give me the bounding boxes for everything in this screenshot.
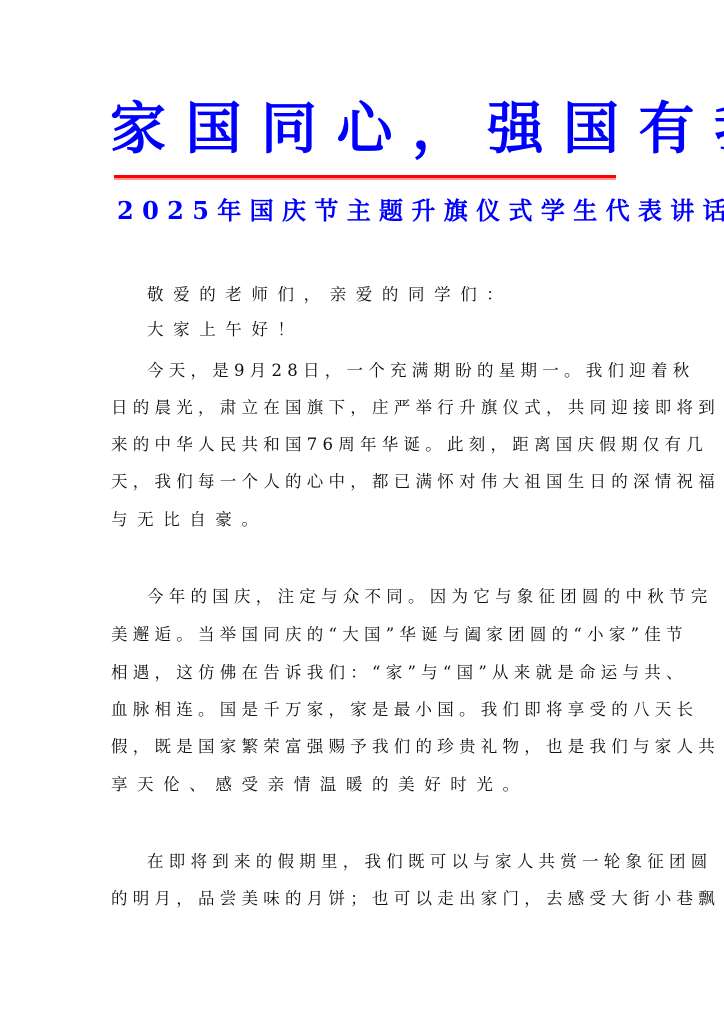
glyph: 与 (495, 587, 512, 606)
glyph: 我 (586, 361, 603, 380)
glyph: 团 (560, 587, 577, 606)
glyph: 是 (568, 737, 585, 756)
glyph: 、 (666, 663, 683, 682)
glyph: 连 (176, 700, 193, 719)
glyph: 当 (198, 625, 215, 644)
glyph: 轮 (604, 852, 621, 871)
glyph: 生 (568, 472, 585, 491)
glyph: 征 (647, 852, 664, 871)
glyph: 完 (691, 587, 708, 606)
glyph: 来 (514, 663, 531, 682)
glyph: 我 (365, 852, 382, 871)
glyph: 的 (256, 852, 273, 871)
glyph: 强 (307, 737, 324, 756)
glyph: 到 (698, 398, 715, 417)
glyph: 家 (495, 852, 512, 871)
glyph: 节 (314, 196, 338, 225)
glyph: 。 (564, 361, 581, 380)
glyph: 仿 (198, 663, 215, 682)
glyph: 们 (386, 852, 403, 871)
glyph: 圆 (530, 625, 547, 644)
glyph: 满 (412, 361, 429, 380)
glyph: 国 (242, 625, 259, 644)
glyph: 也 (372, 889, 389, 908)
glyph: 星 (499, 361, 516, 380)
glyph: 到 (212, 852, 229, 871)
glyph: ， (524, 737, 541, 756)
glyph: 万 (285, 700, 302, 719)
glyph: 年 (169, 587, 186, 606)
glyph: 圆 (582, 587, 599, 606)
glyph: ， (329, 700, 346, 719)
glyph: 讲 (670, 196, 694, 225)
glyph: 家 (655, 737, 672, 756)
glyph: 强 (488, 96, 544, 162)
glyph: 旗 (444, 196, 468, 225)
glyph: 是 (557, 663, 574, 682)
glyph: 飘 (698, 889, 715, 908)
glyph: 巷 (677, 889, 694, 908)
glyph: 告 (263, 663, 280, 682)
glyph: 国 (437, 700, 454, 719)
paragraph-1-line-1: 今 天 ， 是 9 月 2 8 日 ， 一 个 充 满 期 盼 的 星 期 一 … (147, 357, 612, 385)
glyph: 。 (176, 625, 193, 644)
glyph: 严 (394, 398, 411, 417)
glyph: 命 (579, 663, 596, 682)
glyph: 日 (111, 398, 128, 417)
glyph: 国 (546, 472, 563, 491)
glyph: 家 (609, 625, 626, 644)
glyph: 式 (508, 196, 532, 225)
glyph: 同 (263, 625, 280, 644)
glyph: 满 (416, 472, 433, 491)
glyph: 家 (307, 700, 324, 719)
glyph: 2 (167, 196, 184, 225)
glyph: 与 (473, 852, 490, 871)
glyph: 天 (169, 361, 186, 380)
glyph: 在 (147, 852, 164, 871)
glyph: 我 (481, 700, 498, 719)
paragraph-2-line-5: 假 ， 既 是 国 家 繁 荣 富 强 赐 予 我 们 的 珍 贵 礼 物 ， … (111, 733, 612, 761)
glyph: 的 (285, 889, 302, 908)
glyph: 明 (133, 889, 150, 908)
glyph: 天 (111, 472, 128, 491)
glyph: 假 (599, 435, 616, 454)
glyph: 贵 (459, 737, 476, 756)
glyph: 家 (386, 663, 403, 682)
glyph: 受 (590, 700, 607, 719)
glyph: 共 (539, 852, 556, 871)
glyph: 与 (421, 663, 438, 682)
glyph: 今 (147, 587, 164, 606)
glyph: ， (546, 398, 563, 417)
glyph: ， (191, 361, 208, 380)
glyph: 期 (299, 852, 316, 871)
glyph: 团 (669, 852, 686, 871)
salutation: 敬爱的老师们，亲爱的同学们： (147, 281, 612, 309)
glyph: 即 (524, 700, 541, 719)
glyph: 相 (111, 663, 128, 682)
glyph: 升 (411, 196, 435, 225)
glyph: 与 (633, 737, 650, 756)
glyph: 秋 (673, 361, 690, 380)
glyph: 与 (443, 625, 460, 644)
glyph: 福 (698, 472, 715, 491)
glyph: 月 (307, 889, 324, 908)
glyph: 美 (111, 625, 128, 644)
glyph: 2 (272, 361, 283, 380)
glyph: 庆 (285, 625, 302, 644)
document-page: 家 国 同 心 ， 强 国 有 我 2 0 2 5 年 国 庆 节 主 题 升 … (0, 0, 724, 1024)
paragraph-1-line-2: 日 的 晨 光 ， 肃 立 在 国 旗 下 ， 庄 严 举 行 升 旗 仪 式 … (111, 394, 612, 422)
glyph: 距 (512, 435, 529, 454)
glyph: 里 (321, 852, 338, 871)
glyph: 学 (541, 196, 565, 225)
glyph: ， (133, 737, 150, 756)
glyph: 国 (364, 625, 381, 644)
glyph: 。 (459, 700, 476, 719)
glyph: 我 (714, 96, 724, 162)
glyph: 是 (372, 700, 389, 719)
glyph: 人 (263, 472, 280, 491)
glyph: 家 (220, 737, 237, 756)
glyph: 假 (278, 852, 295, 871)
glyph: 与 (321, 587, 338, 606)
glyph: 此 (447, 435, 464, 454)
glyph: 诞 (404, 435, 421, 454)
paragraph-2-line-4: 血 脉 相 连 。 国 是 千 万 家 ， 家 是 最 小 国 。 我 们 即 … (111, 696, 612, 724)
glyph: 众 (343, 587, 360, 606)
glyph: 它 (473, 587, 490, 606)
glyph: 可 (430, 852, 447, 871)
paragraph-2-line-3: 相 遇 ， 这 仿 佛 在 告 诉 我 们 ： “ 家 ” 与 “ 国 ” 从 … (111, 659, 612, 687)
glyph: 相 (155, 700, 172, 719)
glyph: 下 (329, 398, 346, 417)
glyph: 假 (111, 737, 128, 756)
glyph: 国 (563, 96, 619, 162)
glyph: ” (407, 663, 415, 682)
glyph: 是 (212, 361, 229, 380)
glyph: 遇 (133, 663, 150, 682)
glyph: 同 (261, 96, 317, 162)
glyph: 国 (285, 435, 302, 454)
glyph: ， (350, 472, 367, 491)
glyph: 将 (546, 700, 563, 719)
glyph: 深 (633, 472, 650, 491)
glyph: 民 (220, 435, 237, 454)
glyph: 们 (176, 472, 193, 491)
glyph: 迎 (611, 398, 628, 417)
glyph: 。 (425, 435, 442, 454)
glyph: 大 (342, 625, 359, 644)
glyph: 人 (517, 852, 534, 871)
glyph: 题 (379, 196, 403, 225)
paragraph-3-line-1: 在 即 将 到 来 的 假 期 里 ， 我 们 既 可 以 与 家 人 共 赏 … (147, 848, 612, 876)
glyph: 小 (655, 889, 672, 908)
glyph: 月 (155, 889, 172, 908)
glyph: 千 (263, 700, 280, 719)
paragraph-1-line-4: 天 ， 我 们 每 一 个 人 的 心 中 ， 都 已 满 怀 对 伟 大 祖 … (111, 468, 612, 496)
glyph: 庆 (282, 196, 306, 225)
glyph: 华 (399, 625, 416, 644)
glyph: 圆 (691, 852, 708, 871)
glyph: 庆 (234, 587, 251, 606)
glyph: 家 (481, 889, 498, 908)
glyph: 的 (611, 700, 628, 719)
glyph: 9 (234, 361, 245, 380)
glyph: 人 (198, 435, 215, 454)
glyph: 都 (372, 472, 389, 491)
paragraph-2-line-1: 今 年 的 国 庆 ， 注 定 与 众 不 同 。 因 为 它 与 象 征 团 … (147, 583, 612, 611)
glyph: 家 (110, 96, 166, 162)
glyph: 情 (655, 472, 672, 491)
glyph: 一 (542, 361, 559, 380)
glyph: 着 (651, 361, 668, 380)
glyph: 立 (242, 398, 259, 417)
glyph: 共 (242, 435, 259, 454)
glyph: 举 (416, 398, 433, 417)
glyph: 是 (176, 737, 193, 756)
glyph: 同 (386, 587, 403, 606)
glyph: 已 (394, 472, 411, 491)
glyph: 为 (452, 587, 469, 606)
paragraph-2-line-2: 美 邂 逅 。 当 举 国 同 庆 的 “ 大 国 ” 华 诞 与 阖 家 团 … (111, 621, 612, 649)
glyph: 旗 (307, 398, 324, 417)
glyph: ， (343, 852, 360, 871)
glyph: 2 (117, 196, 134, 225)
glyph: 享 (568, 700, 585, 719)
glyph: 们 (503, 700, 520, 719)
glyph: 繁 (242, 737, 259, 756)
glyph: 街 (633, 889, 650, 908)
glyph: 佛 (220, 663, 237, 682)
glyph: 在 (263, 398, 280, 417)
glyph: “ (329, 625, 337, 644)
glyph: 仪 (476, 196, 500, 225)
glyph: 充 (390, 361, 407, 380)
glyph: 将 (191, 852, 208, 871)
glyph: 话 (703, 196, 724, 225)
glyph: 的 (416, 737, 433, 756)
glyph: 大 (611, 889, 628, 908)
glyph: 的 (285, 472, 302, 491)
glyph: 也 (546, 737, 563, 756)
glyph: 品 (198, 889, 215, 908)
glyph: 长 (677, 700, 694, 719)
glyph: 我 (307, 663, 324, 682)
glyph: 受 (590, 889, 607, 908)
paragraph-2-line-6: 享天伦、感受亲情温暖的美好时光。 (111, 771, 612, 799)
glyph: 的 (604, 587, 621, 606)
glyph: 年 (217, 196, 241, 225)
glyph: 国 (285, 398, 302, 417)
glyph: 周 (338, 435, 355, 454)
glyph: 对 (459, 472, 476, 491)
glyph: 家 (486, 625, 503, 644)
glyph: 中 (329, 472, 346, 491)
glyph: 。 (408, 587, 425, 606)
glyph: 的 (477, 361, 494, 380)
glyph: 我 (372, 737, 389, 756)
glyph: 节 (666, 625, 683, 644)
glyph: 7 (307, 435, 318, 454)
glyph: 代 (606, 196, 630, 225)
glyph: 举 (220, 625, 237, 644)
glyph: ， (176, 889, 193, 908)
glyph: 仅 (643, 435, 660, 454)
glyph: 象 (626, 852, 643, 871)
glyph: 国 (186, 96, 242, 162)
glyph: 人 (677, 737, 694, 756)
glyph: 尝 (220, 889, 237, 908)
greeting: 大家上午好！ (147, 316, 612, 344)
glyph: 今 (147, 361, 164, 380)
glyph: 的 (133, 435, 150, 454)
paragraph-1-line-3: 来 的 中 华 人 民 共 和 国 7 6 周 年 华 诞 。 此 刻 ， 距 … (111, 431, 612, 459)
document-subtitle: 2 0 2 5 年 国 庆 节 主 题 升 旗 仪 式 学 生 代 表 讲 话 (117, 193, 607, 229)
glyph: 迎 (629, 361, 646, 380)
glyph: 仪 (503, 398, 520, 417)
glyph: 诞 (421, 625, 438, 644)
glyph: 以 (452, 852, 469, 871)
glyph: 国 (556, 435, 573, 454)
glyph: 每 (198, 472, 215, 491)
glyph: 几 (686, 435, 703, 454)
glyph: 门 (503, 889, 520, 908)
glyph: 邂 (133, 625, 150, 644)
glyph: 日 (590, 472, 607, 491)
paragraph-1-line-5: 与无比自豪。 (111, 506, 612, 534)
glyph: 既 (155, 737, 172, 756)
glyph: 共 (568, 398, 585, 417)
glyph: 旗 (481, 398, 498, 417)
glyph: 国 (250, 196, 274, 225)
glyph: 一 (347, 361, 364, 380)
glyph: 脉 (133, 700, 150, 719)
glyph: 秋 (647, 587, 664, 606)
glyph: 个 (368, 361, 385, 380)
glyph: 。 (198, 700, 215, 719)
glyph: 大 (503, 472, 520, 491)
glyph: 盼 (455, 361, 472, 380)
glyph: 5 (192, 196, 209, 225)
glyph: 礼 (481, 737, 498, 756)
glyph: 国 (212, 587, 229, 606)
glyph: 一 (582, 852, 599, 871)
glyph: 去 (546, 889, 563, 908)
glyph: 来 (111, 435, 128, 454)
glyph: 行 (437, 398, 454, 417)
glyph: 的 (552, 625, 569, 644)
glyph: 个 (242, 472, 259, 491)
glyph: 佳 (644, 625, 661, 644)
glyph: 有 (639, 96, 695, 162)
glyph: 期 (621, 435, 638, 454)
glyph: 八 (633, 700, 650, 719)
glyph: 予 (350, 737, 367, 756)
glyph: ” (386, 625, 394, 644)
glyph: 国 (198, 737, 215, 756)
glyph: 赏 (560, 852, 577, 871)
glyph: 心 (307, 472, 324, 491)
glyph: 既 (408, 852, 425, 871)
glyph: 我 (155, 472, 172, 491)
glyph: ， (133, 472, 150, 491)
glyph: 出 (459, 889, 476, 908)
glyph: 们 (329, 663, 346, 682)
glyph: 期 (434, 361, 451, 380)
glyph: ， (256, 587, 273, 606)
glyph: 和 (263, 435, 280, 454)
glyph: 中 (155, 435, 172, 454)
glyph: 光 (176, 398, 193, 417)
glyph: 肃 (220, 398, 237, 417)
glyph: 年 (360, 435, 377, 454)
glyph: 不 (365, 587, 382, 606)
glyph: 阖 (465, 625, 482, 644)
glyph: 伟 (481, 472, 498, 491)
glyph: 象 (517, 587, 534, 606)
glyph: 8 (287, 361, 298, 380)
glyph: 最 (394, 700, 411, 719)
glyph: 祝 (677, 472, 694, 491)
glyph: ， (198, 398, 215, 417)
glyph: 以 (416, 889, 433, 908)
glyph: 家 (350, 700, 367, 719)
glyph: 就 (536, 663, 553, 682)
glyph: “ (573, 625, 581, 644)
glyph: 血 (111, 700, 128, 719)
glyph: 心 (337, 96, 393, 162)
glyph: 即 (655, 398, 672, 417)
glyph: 表 (638, 196, 662, 225)
glyph: 式 (524, 398, 541, 417)
glyph: 庆 (578, 435, 595, 454)
glyph: 刻 (469, 435, 486, 454)
glyph: 主 (347, 196, 371, 225)
glyph: 的 (307, 625, 324, 644)
title-divider-shadow (114, 178, 616, 180)
glyph: 6 (323, 435, 334, 454)
glyph: 的 (191, 587, 208, 606)
glyph: 期 (521, 361, 538, 380)
glyph: 因 (430, 587, 447, 606)
glyph: 赐 (329, 737, 346, 756)
glyph: 同 (590, 398, 607, 417)
glyph: 华 (176, 435, 193, 454)
glyph: 团 (508, 625, 525, 644)
glyph: ， (155, 663, 172, 682)
glyph: 的 (133, 398, 150, 417)
glyph: 共 (644, 663, 661, 682)
glyph: 注 (278, 587, 295, 606)
glyph: 们 (394, 737, 411, 756)
glyph: 这 (176, 663, 193, 682)
glyph: 美 (242, 889, 259, 908)
glyph: ， (325, 361, 342, 380)
glyph: ， (524, 889, 541, 908)
glyph: 富 (285, 737, 302, 756)
glyph: 晨 (155, 398, 172, 417)
glyph: 怀 (437, 472, 454, 491)
document-title: 家 国 同 心 ， 强 国 有 我 (110, 94, 616, 164)
glyph: 离 (534, 435, 551, 454)
glyph: “ (372, 663, 380, 682)
glyph: 即 (169, 852, 186, 871)
glyph: 华 (382, 435, 399, 454)
glyph: 我 (590, 737, 607, 756)
glyph: 庄 (372, 398, 389, 417)
